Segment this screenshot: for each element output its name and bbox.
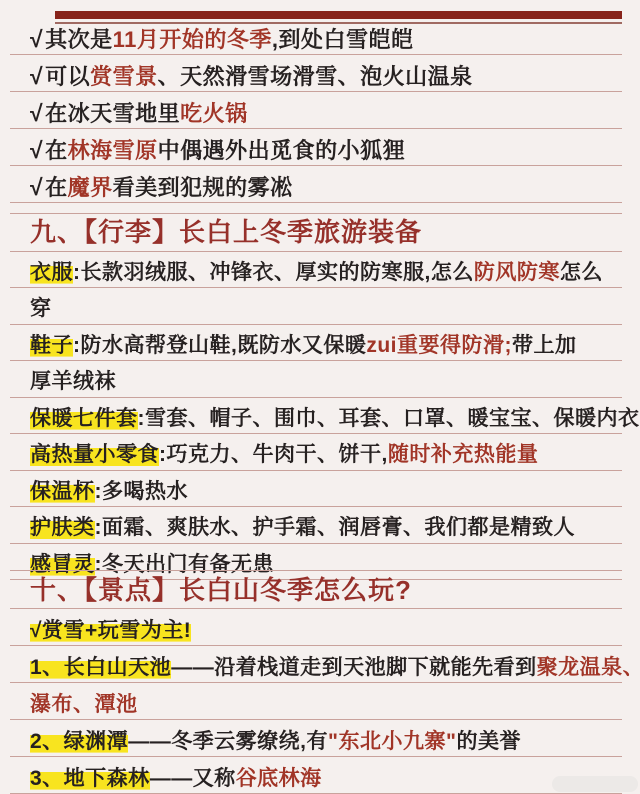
text-segment: 穿 (30, 298, 52, 320)
red-emphasis: 林海雪原 (68, 139, 158, 162)
highlight-label: √赏雪+玩雪为主! (30, 620, 191, 642)
text-segment: 在冰天雪地里 (45, 102, 180, 125)
gear-row: 保暖七件套 :雪套、帽子、围巾、耳套、口罩、暖宝宝、保暖内衣 (10, 398, 622, 435)
text-segment: ——沿着栈道走到天池脚下就能先看到 (171, 657, 537, 679)
highlight-label: 高热量小零食 (30, 444, 159, 466)
text-segment: ——又称 (150, 768, 236, 790)
highlight-label: 保温杯 (30, 481, 95, 503)
spot-row: √赏雪+玩雪为主! (10, 609, 622, 646)
text-segment: ——冬季云雾缭绕,有 (128, 731, 328, 753)
text-segment: 看美到犯规的雾凇 (113, 176, 293, 199)
checkmark-icon: √ (30, 27, 43, 51)
text-segment: 其次是 (45, 28, 113, 51)
text-segment: 带上加 (512, 335, 577, 357)
gear-row: 护肤类 :面霜、爽肤水、护手霜、润唇膏、我们都是精致人 (10, 507, 622, 544)
checklist-item: √ 其次是 11月开始的冬季 ,到处白雪皑皑 (10, 18, 622, 55)
note-page: √ 其次是 11月开始的冬季 ,到处白雪皑皑 √ 可以 赏雪景 、天然滑雪场滑雪… (0, 0, 640, 794)
intro-checklist: √ 其次是 11月开始的冬季 ,到处白雪皑皑 √ 可以 赏雪景 、天然滑雪场滑雪… (10, 18, 622, 203)
text-segment: 的美誉 (456, 731, 521, 753)
checkmark-icon: √ (30, 101, 43, 125)
checklist-item: √ 可以 赏雪景 、天然滑雪场滑雪、泡火山温泉 (10, 55, 622, 92)
section-heading: 九、【行李】长白上冬季旅游装备 (10, 214, 622, 252)
red-emphasis: 吃火锅 (180, 102, 248, 125)
checklist-item: √ 在 林海雪原 中偶遇外出觅食的小狐狸 (10, 129, 622, 166)
text-segment: :面霜、爽肤水、护手霜、润唇膏、我们都是精致人 (95, 517, 576, 539)
section-heading: 十、【景点】长白山冬季怎么玩? (10, 571, 622, 609)
heading-text: 十、【景点】长白山冬季怎么玩? (30, 577, 412, 604)
spot-row: 2、绿渊潭 ——冬季云雾缭绕,有 "东北小九寨" 的美誉 (10, 720, 622, 757)
text-segment: ,到处白雪皑皑 (272, 28, 414, 51)
text-segment: :雪套、帽子、围巾、耳套、口罩、暖宝宝、保暖内衣 (138, 408, 640, 430)
gear-row-continuation: 穿 (10, 288, 622, 325)
highlight-label: 2、绿渊潭 (30, 731, 128, 753)
heading-text: 九、【行李】长白上冬季旅游装备 (30, 219, 422, 246)
highlight-label: 护肤类 (30, 517, 95, 539)
section-luggage: 九、【行李】长白上冬季旅游装备 衣服 :长款羽绒服、冲锋衣、厚实的防寒服,怎么 … (10, 213, 622, 580)
gear-row: 鞋子 :防水高帮登山鞋,既防水又保暖 zui重要得防滑; 带上加 (10, 325, 622, 362)
text-segment: 在 (45, 176, 68, 199)
text-segment: :防水高帮登山鞋,既防水又保暖 (73, 335, 366, 357)
text-segment: 、天然滑雪场滑雪、泡火山温泉 (158, 65, 473, 88)
text-segment: :巧克力、牛肉干、饼干, (159, 444, 388, 466)
checkmark-icon: √ (30, 175, 43, 199)
highlight-label: 衣服 (30, 262, 73, 284)
highlight-label: 1、长白山天池 (30, 657, 171, 679)
spot-row-continuation: 瀑布、潭池 (10, 683, 622, 720)
gear-row-continuation: 厚羊绒袜 (10, 361, 622, 398)
highlight-label: 3、地下森林 (30, 768, 150, 790)
checkmark-icon: √ (30, 64, 43, 88)
text-segment: :多喝热水 (95, 481, 189, 503)
highlight-label: 保暖七件套 (30, 408, 138, 430)
text-segment: 中偶遇外出觅食的小狐狸 (158, 139, 406, 162)
gear-row: 衣服 :长款羽绒服、冲锋衣、厚实的防寒服,怎么 防风防寒 怎么 (10, 252, 622, 289)
red-emphasis: 11月开始的冬季 (113, 28, 272, 51)
watermark-remnant (552, 776, 638, 792)
red-emphasis: 瀑布、潭池 (30, 694, 138, 716)
gear-row: 高热量小零食 :巧克力、牛肉干、饼干, 随时补充热能量 (10, 434, 622, 471)
red-emphasis: 防风防寒 (474, 262, 560, 284)
red-emphasis: "东北小九寨" (328, 731, 456, 753)
red-emphasis: 魔界 (68, 176, 113, 199)
checkmark-icon: √ (30, 138, 43, 162)
red-emphasis: 谷底林海 (236, 768, 322, 790)
highlight-label: 鞋子 (30, 335, 73, 357)
gear-row: 保温杯 :多喝热水 (10, 471, 622, 508)
checklist-item: √ 在冰天雪地里 吃火锅 (10, 92, 622, 129)
red-emphasis: zui重要得防滑; (366, 335, 512, 357)
red-emphasis: 随时补充热能量 (388, 444, 539, 466)
red-emphasis: 赏雪景 (90, 65, 158, 88)
text-segment: :长款羽绒服、冲锋衣、厚实的防寒服,怎么 (73, 262, 474, 284)
spot-row: 1、长白山天池 ——沿着栈道走到天池脚下就能先看到 聚龙温泉、 (10, 646, 622, 683)
text-segment: 可以 (45, 65, 90, 88)
red-emphasis: 聚龙温泉、 (537, 657, 640, 679)
text-segment: 厚羊绒袜 (30, 371, 116, 393)
spot-row: 3、地下森林 ——又称 谷底林海 (10, 757, 622, 794)
text-segment: 怎么 (560, 262, 603, 284)
checklist-item: √ 在 魔界 看美到犯规的雾凇 (10, 166, 622, 203)
section-attractions: 十、【景点】长白山冬季怎么玩? √赏雪+玩雪为主! 1、长白山天池 ——沿着栈道… (10, 570, 622, 794)
text-segment: 在 (45, 139, 68, 162)
